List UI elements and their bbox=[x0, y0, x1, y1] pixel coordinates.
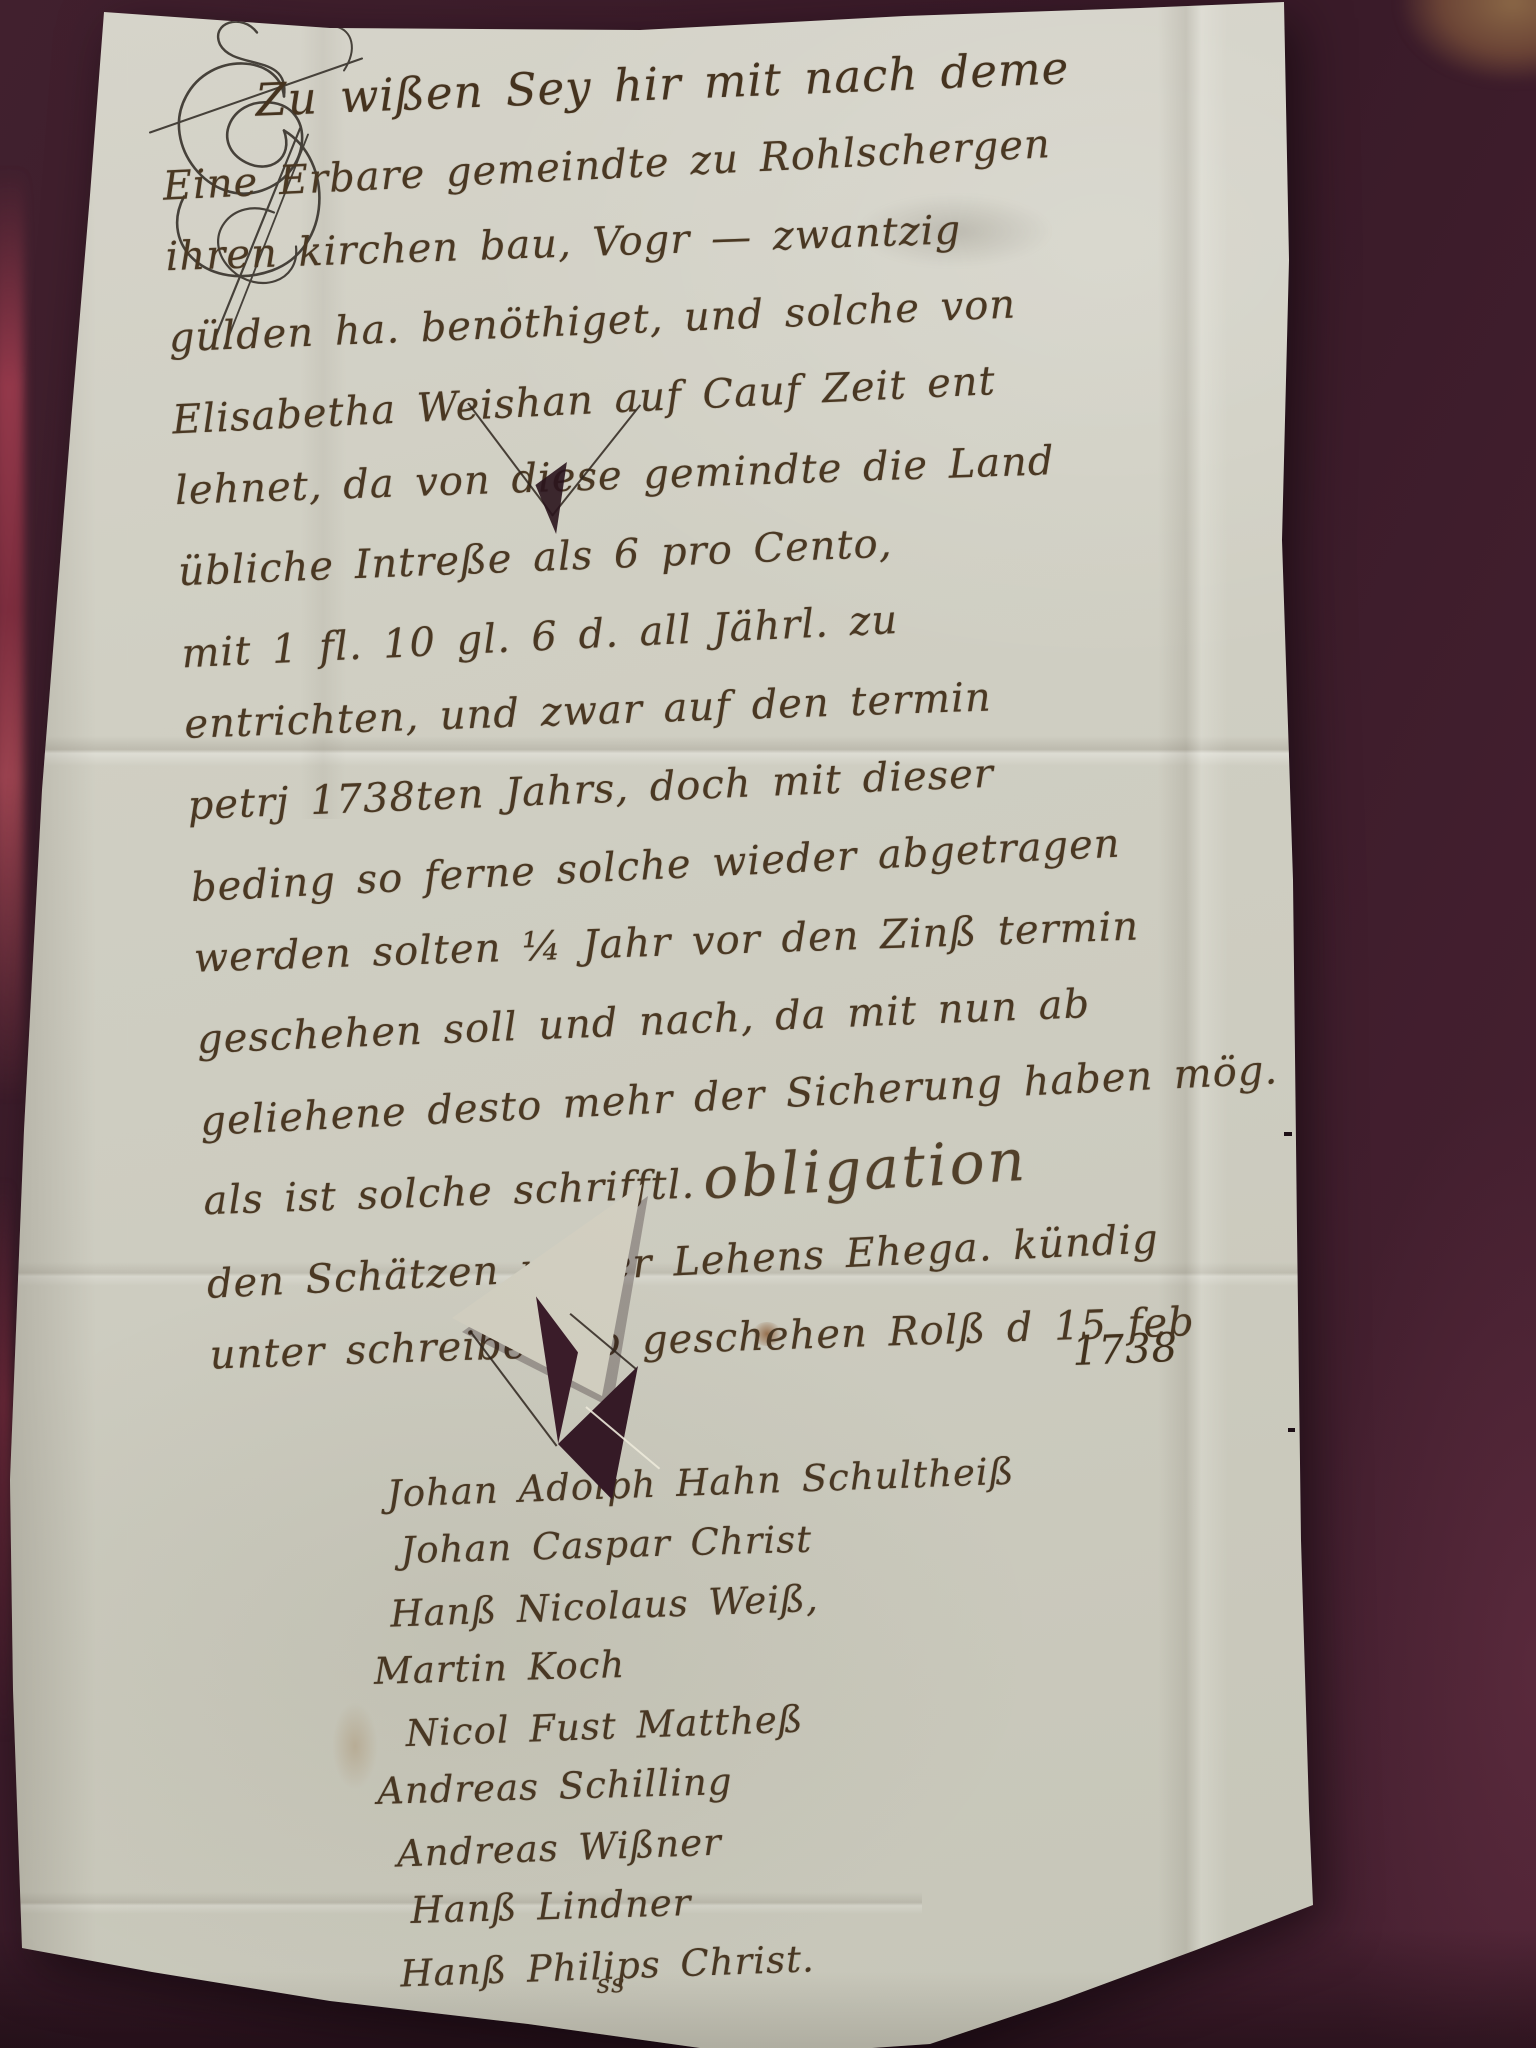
text-line: obligation bbox=[693, 1121, 1030, 1218]
tan-stain bbox=[332, 1702, 378, 1790]
signature-block: Johan Adolph Hahn SchultheißJohan Caspar… bbox=[368, 1441, 1143, 1996]
photo-of-manuscript: Zu wißen Sey hir mit nach demeEine Erbar… bbox=[0, 0, 1536, 2048]
manuscript-body-text: Zu wißen Sey hir mit nach demeEine Erbar… bbox=[150, 23, 1283, 1410]
small-stain bbox=[1338, 1290, 1352, 1302]
paper-edge-nick bbox=[1284, 1132, 1292, 1136]
paper-sheet: Zu wißen Sey hir mit nach demeEine Erbar… bbox=[0, 0, 1536, 2048]
paper-sheet-wrap: Zu wißen Sey hir mit nach demeEine Erbar… bbox=[0, 0, 1536, 2048]
paper-edge-nick bbox=[1288, 1428, 1295, 1432]
